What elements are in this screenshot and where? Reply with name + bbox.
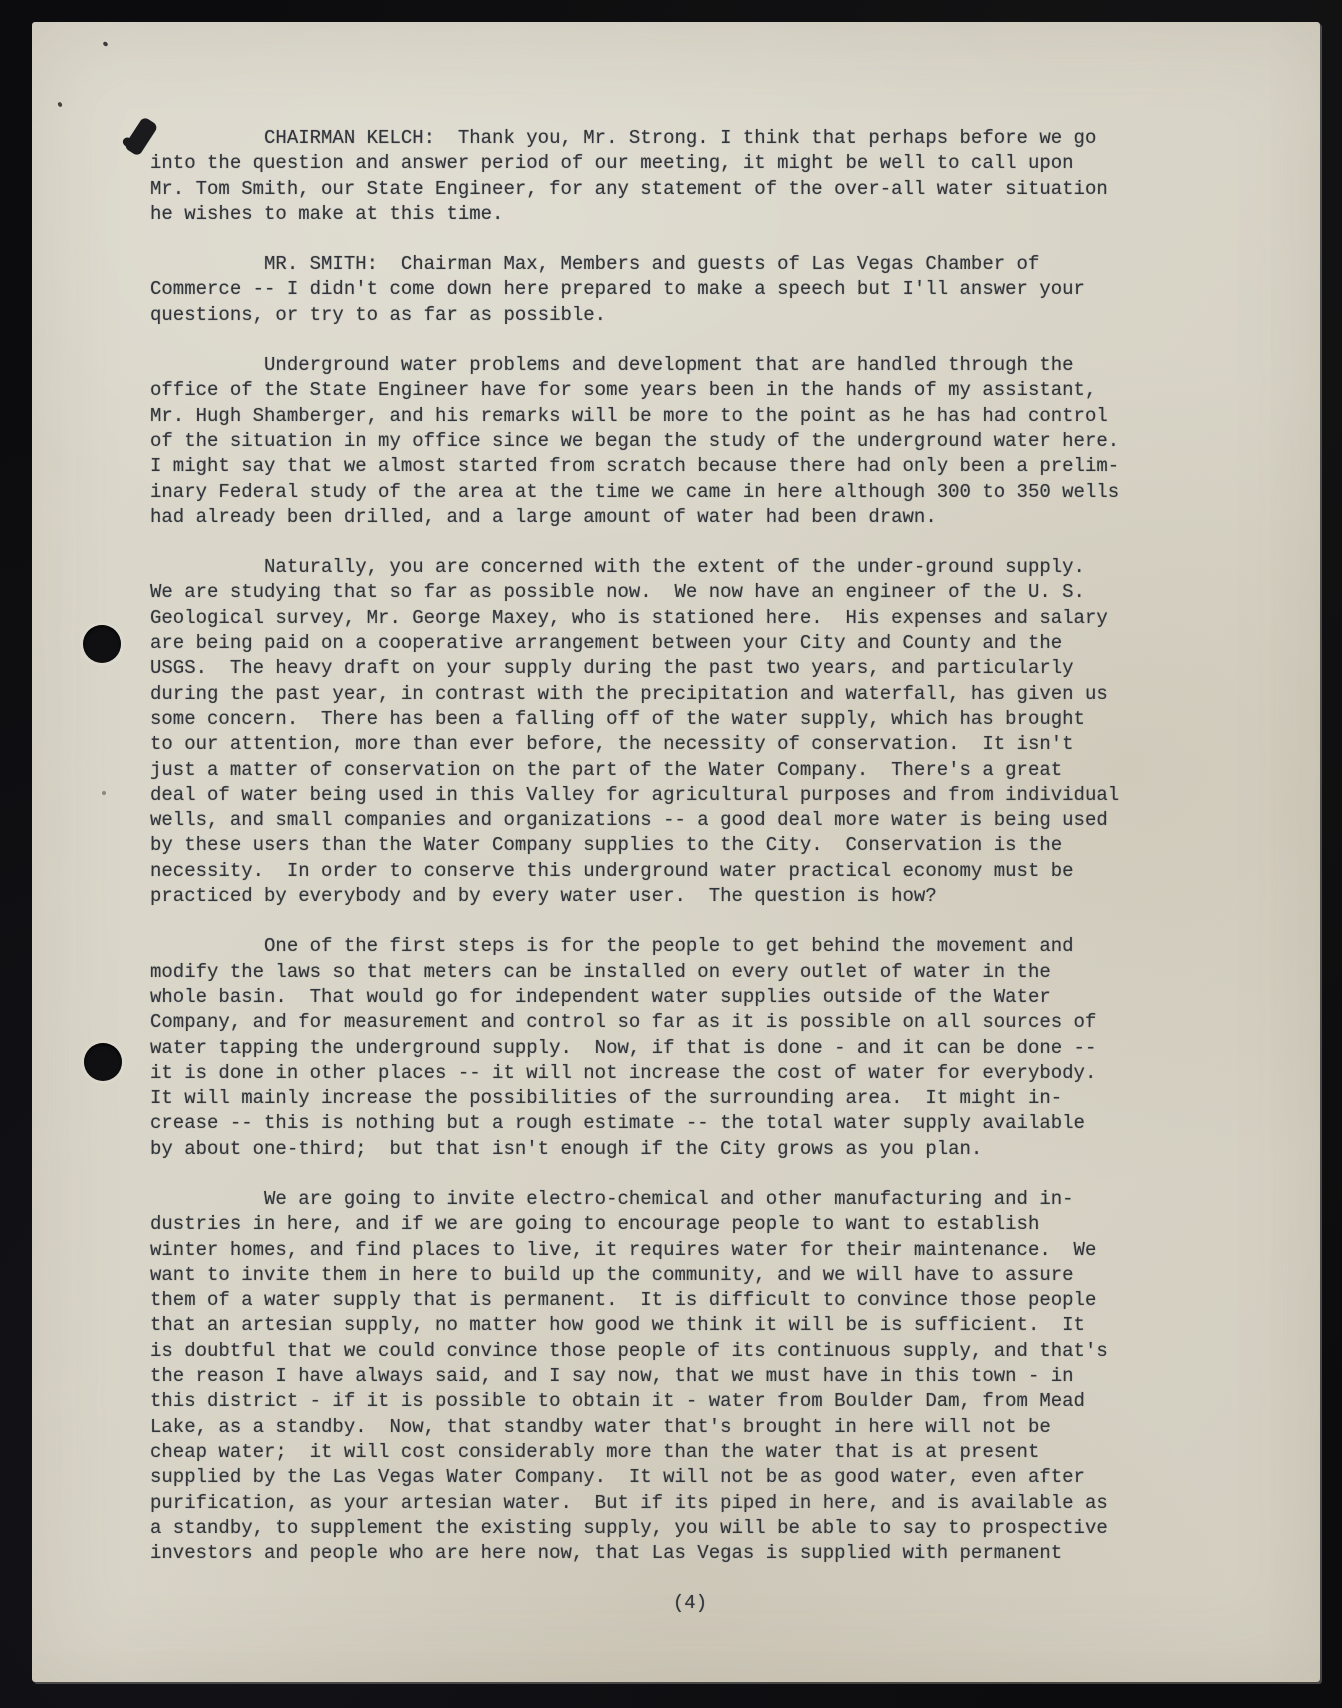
hole-punch-bottom xyxy=(84,1043,122,1081)
scan-background: CHAIRMAN KELCH: Thank you, Mr. Strong. I… xyxy=(0,0,1342,1708)
document-page: CHAIRMAN KELCH: Thank you, Mr. Strong. I… xyxy=(32,22,1320,1682)
paragraph-smith-greeting: MR. SMITH: Chairman Max, Members and gue… xyxy=(150,252,1160,328)
hole-punch-top xyxy=(83,625,121,663)
paper-speck xyxy=(102,791,106,795)
paragraph-meters-step: One of the first steps is for the people… xyxy=(150,934,1160,1162)
paragraph-underground-water: Underground water problems and developme… xyxy=(150,353,1160,530)
paper-speck xyxy=(57,101,63,107)
paragraph-chairman-kelch: CHAIRMAN KELCH: Thank you, Mr. Strong. I… xyxy=(150,126,1160,227)
paper-speck xyxy=(102,41,108,47)
paragraph-supply-concern: Naturally, you are concerned with the ex… xyxy=(150,555,1160,909)
page-number: (4) xyxy=(150,1591,1130,1616)
paragraph-boulder-dam-standby: We are going to invite electro-chemical … xyxy=(150,1187,1160,1566)
typewritten-text: CHAIRMAN KELCH: Thank you, Mr. Strong. I… xyxy=(150,126,1160,1617)
